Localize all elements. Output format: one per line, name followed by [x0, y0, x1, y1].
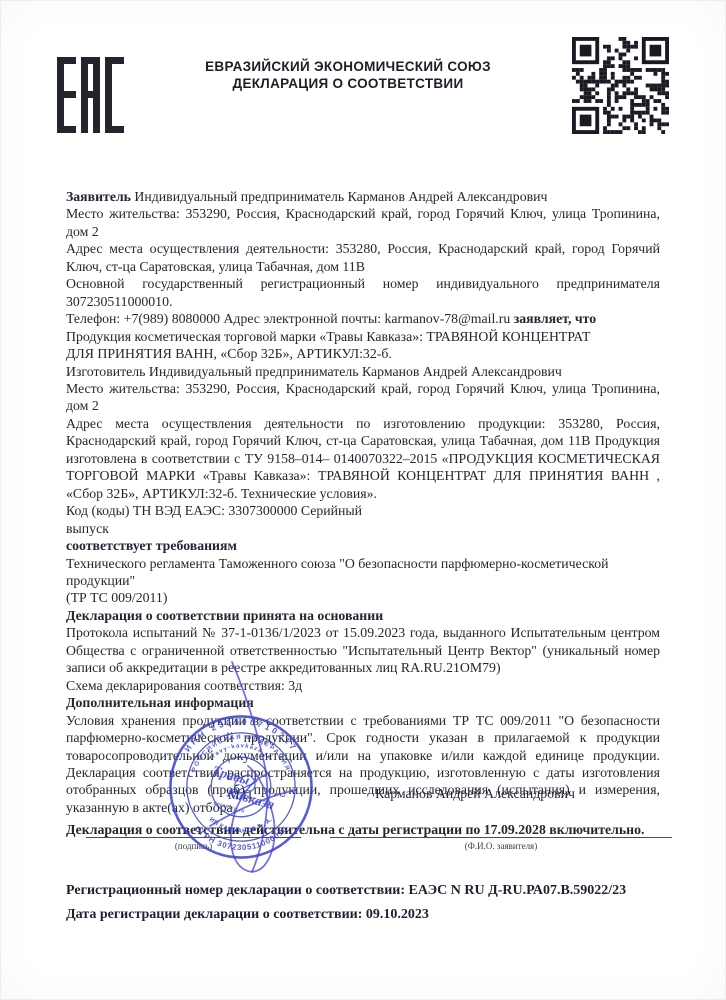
- signer-name: Карманов Андрей Александрович: [310, 786, 640, 802]
- declaration-document: ЕВРАЗИЙСКИЙ ЭКОНОМИЧЕСКИЙ СОЮЗ ДЕКЛАРАЦИ…: [0, 0, 726, 1000]
- title-union-line: ЕВРАЗИЙСКИЙ ЭКОНОМИЧЕСКИЙ СОЮЗ: [168, 58, 528, 75]
- product-line-2: ДЛЯ ПРИНЯТИЯ ВАНН, «Сбор 32Б», АРТИКУЛ:3…: [66, 345, 660, 362]
- manufacturer-residence-line: Место жительства: 353290, Россия, Красно…: [66, 380, 660, 415]
- complies-text: Технического регламента Таможенного союз…: [66, 555, 660, 607]
- declares-label: заявляет, что: [514, 311, 596, 326]
- phone-email-line: Телефон: +7(989) 8080000 Адрес электронн…: [66, 310, 660, 327]
- tnved-release-line: выпуск: [66, 520, 660, 537]
- complies-heading: соответствует требованиям: [66, 537, 660, 554]
- document-title: ЕВРАЗИЙСКИЙ ЭКОНОМИЧЕСКИЙ СОЮЗ ДЕКЛАРАЦИ…: [168, 58, 528, 92]
- stamp-country-text: РОССИЙСКАЯ ФЕДЕРАЦИЯ: [191, 734, 292, 773]
- ogrn-line: Основной государственный регистрационный…: [66, 275, 660, 310]
- applicant-value: Индивидуальный предприниматель Карманов …: [131, 189, 547, 204]
- stamp-brand-line-1: Травы: [210, 764, 251, 789]
- complies-text-line-2: (ТР ТС 009/2011): [66, 590, 167, 605]
- applicant-residence-line: Место жительства: 353290, Россия, Красно…: [66, 205, 660, 240]
- basis-heading: Декларация о соответствии принята на осн…: [66, 607, 660, 624]
- stamp-brand-group: Травы Кавказа geranica.ru: [203, 764, 280, 822]
- registration-date-line: Дата регистрации декларации о соответств…: [66, 907, 429, 923]
- applicant-line: Заявитель Индивидуальный предприниматель…: [66, 188, 660, 205]
- registration-number-line: Регистрационный номер декларации о соотв…: [66, 883, 626, 899]
- stamp-entity-text: ИП КАРМАНОВ А. А.: [208, 816, 275, 835]
- title-declaration-line: ДЕКЛАРАЦИЯ О СООТВЕТСТВИИ: [168, 75, 528, 92]
- fio-line: [330, 837, 672, 838]
- applicant-address-line: Адрес места осуществления деятельности: …: [66, 240, 660, 275]
- manufacturer-line: Изготовитель Индивидуальный предпринимат…: [66, 363, 660, 380]
- qr-code: [572, 37, 669, 134]
- applicant-label: Заявитель: [66, 189, 131, 204]
- phone-email-value: Телефон: +7(989) 8080000 Адрес электронн…: [66, 311, 514, 326]
- product-line-1: Продукция косметическая торговой марки «…: [66, 328, 660, 345]
- manufacturer-address-line: Адрес места осуществления деятельности п…: [66, 415, 660, 502]
- eac-logo: [57, 56, 124, 134]
- tnved-code-line: Код (коды) ТН ВЭД ЕАЭС: 3307300000 Серий…: [66, 502, 660, 519]
- complies-text-line-1: Технического регламента Таможенного союз…: [66, 556, 608, 588]
- fio-caption: (Ф.И.О. заявителя): [330, 841, 672, 851]
- company-stamp: ИНН 230500710217 ОГРН 307230511000010 РО…: [163, 709, 319, 865]
